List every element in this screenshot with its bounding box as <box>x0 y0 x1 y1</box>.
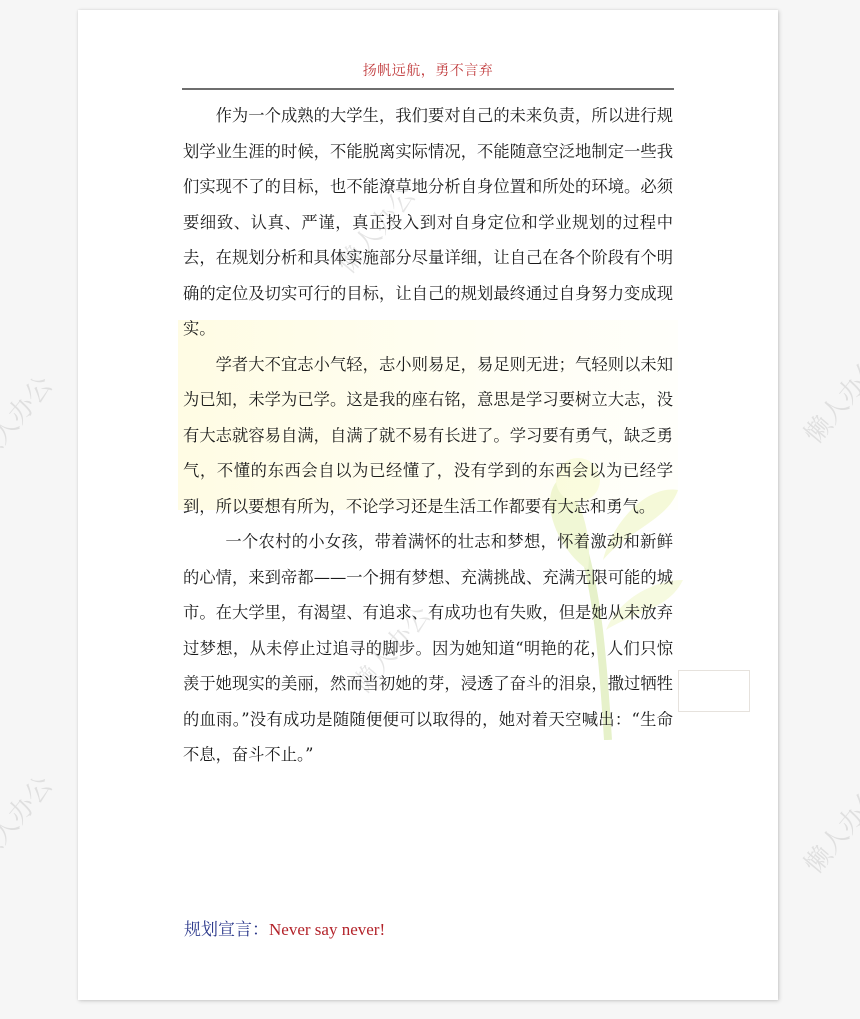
header-title: 扬帆远航，勇不言弃 <box>363 62 494 80</box>
declaration-value: Never say never! <box>269 920 385 939</box>
stamp-mark <box>678 670 750 712</box>
watermark-text: 懒人办公 <box>794 777 860 880</box>
page-header: 扬帆远航，勇不言弃 <box>182 60 674 80</box>
paragraph: 学者大不宜志小气轻，志小则易足，易足则无进；气轻则以未知为已知，未学为已学。这是… <box>183 347 673 525</box>
header-divider <box>182 88 674 90</box>
document-body: 作为一个成熟的大学生，我们要对自己的未来负责，所以进行规划学业生涯的时候，不能脱… <box>183 98 673 773</box>
document-page: 懒人办公 懒人办公 扬帆远航，勇不言弃 作为一个成熟的大学生，我们要对自己的未来… <box>78 10 778 1000</box>
watermark-text: 懒人办公 <box>794 347 860 450</box>
planning-declaration: 规划宣言：Never say never! <box>184 918 385 942</box>
paragraph: 一个农村的小女孩，带着满怀的壮志和梦想，怀着激动和新鲜的心情，来到帝都——一个拥… <box>183 524 673 773</box>
watermark-text: 懒人办公 <box>0 767 60 870</box>
paragraph: 作为一个成熟的大学生，我们要对自己的未来负责，所以进行规划学业生涯的时候，不能脱… <box>183 98 673 347</box>
watermark-text: 懒人办公 <box>0 367 60 470</box>
declaration-label: 规划宣言： <box>184 920 269 940</box>
document-viewer[interactable]: 懒人办公 懒人办公 懒人办公 懒人办公 懒人办公 懒人办公 扬帆远航，勇不言弃 … <box>0 0 860 1019</box>
